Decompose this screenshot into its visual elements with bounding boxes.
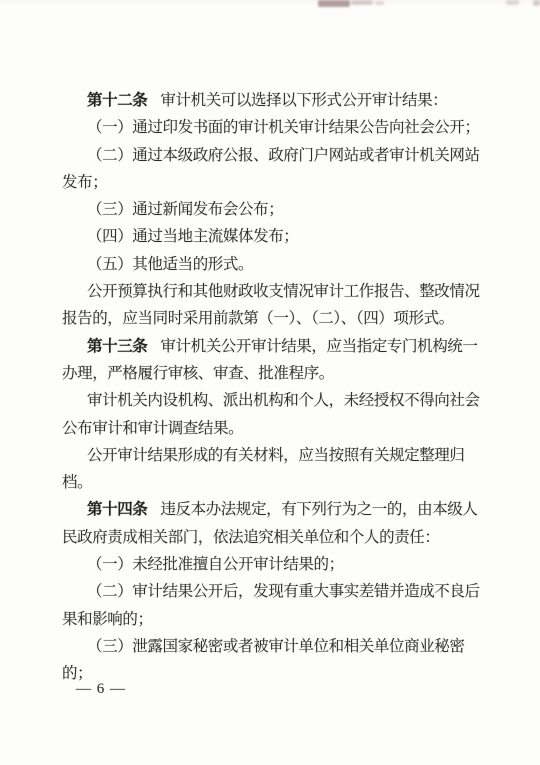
red-header-remnant-1: [318, 0, 350, 7]
text-line: 第十四条违反本办法规定，有下列行为之一的，由本级人: [62, 496, 476, 523]
text-line: 办理，严格履行审核、审查、批准程序。: [62, 360, 476, 387]
red-header-remnant-2: [351, 0, 373, 5]
text-line: （三）通过新闻发布会公布；: [62, 196, 476, 223]
article-number: 第十四条: [87, 501, 147, 518]
page-number: — 6 —: [76, 681, 126, 698]
text-line: 第十三条审计机关公开审计结果，应当指定专门机构统一: [62, 333, 476, 360]
red-header-remnant-4: [506, 0, 519, 5]
text-line: （一）未经批准擅自公开审计结果的；: [62, 551, 476, 578]
article-text: 审计机关可以选择以下形式公开审计结果：: [160, 92, 447, 109]
article-number: 第十二条: [87, 92, 147, 109]
red-header-remnant-3: [375, 1, 384, 5]
article-number: 第十三条: [87, 338, 147, 355]
text-line: （二）通过本级政府公报、政府门户网站或者审计机关网站: [62, 142, 476, 169]
text-line: （三）泄露国家秘密或者被审计单位和相关单位商业秘密: [62, 633, 476, 660]
article-text: 审计机关公开审计结果，应当指定专门机构统一: [160, 338, 477, 355]
text-line: 民政府责成相关部门，依法追究相关单位和个人的责任：: [62, 524, 476, 551]
text-line: （一）通过印发书面的审计机关审计结果公告向社会公开；: [62, 114, 476, 141]
text-line: （二）审计结果公开后，发现有重大事实差错并造成不良后: [62, 578, 476, 605]
article-text: 违反本办法规定，有下列行为之一的，由本级人: [160, 501, 477, 518]
text-line: 档。: [62, 469, 476, 496]
document-body: 第十二条审计机关可以选择以下形式公开审计结果：（一）通过印发书面的审计机关审计结…: [62, 87, 476, 688]
text-line: 发布；: [62, 169, 476, 196]
text-line: 审计机关内设机构、派出机构和个人，未经授权不得向社会: [62, 387, 476, 414]
text-line: （五）其他适当的形式。: [62, 251, 476, 278]
red-header-remnant-5: [533, 0, 540, 6]
text-line: 公布审计和审计调查结果。: [62, 415, 476, 442]
text-line: 果和影响的；: [62, 606, 476, 633]
text-line: 公开审计结果形成的有关材料，应当按照有关规定整理归: [62, 442, 476, 469]
text-line: 公开预算执行和其他财政收支情况审计工作报告、整改情况: [62, 278, 476, 305]
scanned-document-page: 第十二条审计机关可以选择以下形式公开审计结果：（一）通过印发书面的审计机关审计结…: [0, 0, 540, 765]
text-line: 报告的，应当同时采用前款第（一）、（二）、（四）项形式。: [62, 305, 476, 332]
text-line: 第十二条审计机关可以选择以下形式公开审计结果：: [62, 87, 476, 114]
text-line: （四）通过当地主流媒体发布；: [62, 223, 476, 250]
